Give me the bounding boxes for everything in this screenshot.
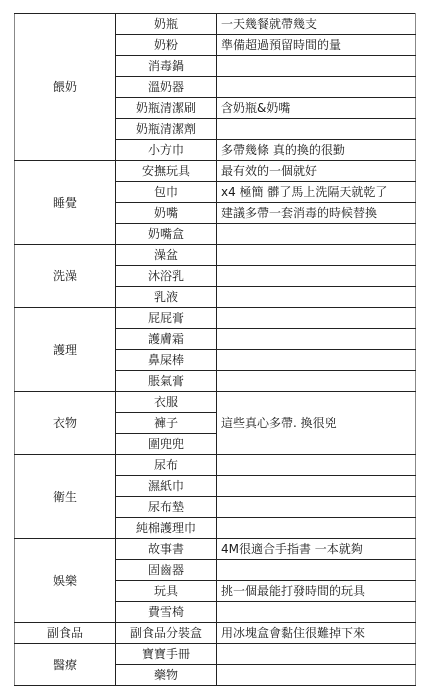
note-cell [217,455,416,476]
category-cell: 護理 [15,308,116,392]
note-cell [217,602,416,623]
item-cell: 費雪椅 [116,602,217,623]
item-cell: 褲子 [116,413,217,434]
item-cell: 包巾 [116,182,217,203]
table-row: 副食品副食品分裝盒用冰塊盒會黏住很難掉下來 [15,623,416,644]
note-cell [217,56,416,77]
note-cell: x4 極簡 髒了馬上洗隔天就乾了 [217,182,416,203]
category-cell: 副食品 [15,623,116,644]
table-row: 衛生尿布 [15,455,416,476]
note-cell: 建議多帶一套消毒的時候替換 [217,203,416,224]
item-cell: 溫奶器 [116,77,217,98]
note-cell [217,497,416,518]
note-cell [217,350,416,371]
item-cell: 鼻屎棒 [116,350,217,371]
note-cell: 4M很適合手指書 一本就夠 [217,539,416,560]
note-cell: 用冰塊盒會黏住很難掉下來 [217,623,416,644]
item-cell: 尿布 [116,455,217,476]
note-cell [217,245,416,266]
table-row: 睡覺安撫玩具最有效的一個就好 [15,161,416,182]
item-cell: 奶粉 [116,35,217,56]
item-cell: 玩具 [116,581,217,602]
note-cell [217,224,416,245]
item-cell: 安撫玩具 [116,161,217,182]
item-cell: 奶瓶清潔劑 [116,119,217,140]
note-cell [217,308,416,329]
note-cell: 這些真心多帶. 換很兇 [217,392,416,455]
baby-packing-checklist-table: 餵奶奶瓶一天幾餐就帶幾支奶粉準備超過預留時間的量消毒鍋溫奶器奶瓶清潔刷含奶瓶&奶… [14,13,416,686]
note-cell: 準備超過預留時間的量 [217,35,416,56]
item-cell: 奶瓶清潔刷 [116,98,217,119]
item-cell: 衣服 [116,392,217,413]
note-cell [217,665,416,686]
category-cell: 醫療 [15,644,116,686]
note-cell [217,476,416,497]
table-row: 餵奶奶瓶一天幾餐就帶幾支 [15,14,416,35]
note-cell: 最有效的一個就好 [217,161,416,182]
item-cell: 固齒器 [116,560,217,581]
item-cell: 護膚霜 [116,329,217,350]
table-row: 娛樂故事書4M很適合手指書 一本就夠 [15,539,416,560]
category-cell: 睡覺 [15,161,116,245]
item-cell: 乳液 [116,287,217,308]
category-cell: 衛生 [15,455,116,539]
item-cell: 奶嘴盒 [116,224,217,245]
item-cell: 消毒鍋 [116,56,217,77]
note-cell [217,119,416,140]
note-cell: 多帶幾條 真的換的很勤 [217,140,416,161]
note-cell [217,77,416,98]
category-cell: 娛樂 [15,539,116,623]
item-cell: 純棉護理巾 [116,518,217,539]
item-cell: 尿布墊 [116,497,217,518]
note-cell [217,371,416,392]
note-cell: 挑一個最能打發時間的玩具 [217,581,416,602]
item-cell: 副食品分裝盒 [116,623,217,644]
item-cell: 奶瓶 [116,14,217,35]
note-cell [217,518,416,539]
item-cell: 沐浴乳 [116,266,217,287]
item-cell: 澡盆 [116,245,217,266]
item-cell: 小方巾 [116,140,217,161]
table-row: 醫療寶寶手冊 [15,644,416,665]
note-cell: 含奶瓶&奶嘴 [217,98,416,119]
item-cell: 奶嘴 [116,203,217,224]
item-cell: 圍兜兜 [116,434,217,455]
note-cell [217,560,416,581]
item-cell: 寶寶手冊 [116,644,217,665]
note-cell [217,266,416,287]
table-row: 衣物衣服這些真心多帶. 換很兇 [15,392,416,413]
note-cell: 一天幾餐就帶幾支 [217,14,416,35]
category-cell: 餵奶 [15,14,116,161]
table-row: 洗澡澡盆 [15,245,416,266]
item-cell: 藥物 [116,665,217,686]
category-cell: 衣物 [15,392,116,455]
item-cell: 屁屁膏 [116,308,217,329]
note-cell [217,329,416,350]
category-cell: 洗澡 [15,245,116,308]
table-row: 護理屁屁膏 [15,308,416,329]
item-cell: 故事書 [116,539,217,560]
note-cell [217,644,416,665]
item-cell: 濕紙巾 [116,476,217,497]
item-cell: 脹氣膏 [116,371,217,392]
note-cell [217,287,416,308]
